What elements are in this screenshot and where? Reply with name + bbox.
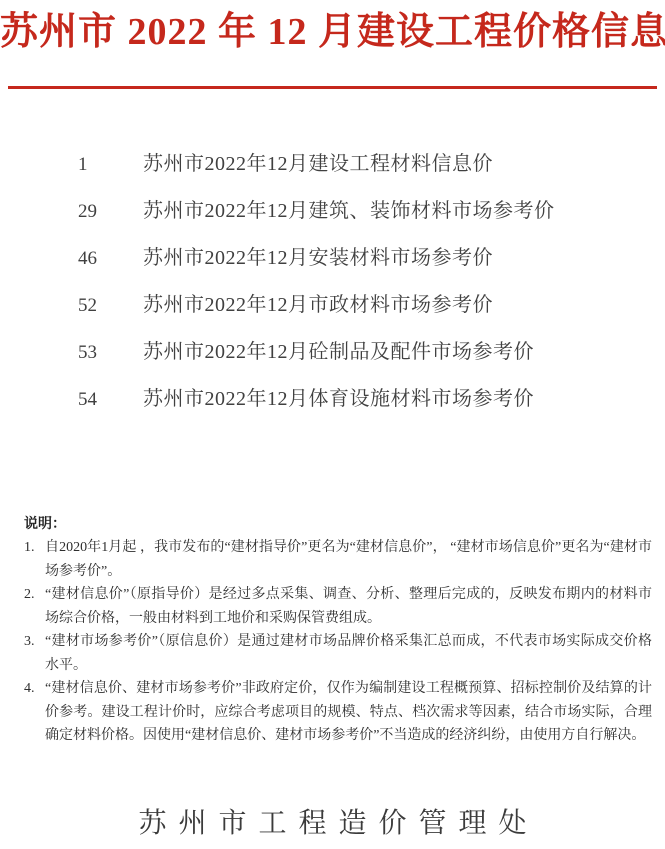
toc-entry-title: 苏州市2022年12月建筑、装饰材料市场参考价 (143, 200, 645, 223)
toc-entry: 46 苏州市2022年12月安装材料市场参考价 (78, 247, 645, 270)
toc-entry-title: 苏州市2022年12月建设工程材料信息价 (143, 153, 645, 176)
toc-entry: 29 苏州市2022年12月建筑、装饰材料市场参考价 (78, 200, 645, 223)
note-text: “建材信息价”（原指导价）是经过多点采集、调查、分析、整理后完成的，反映发布期内… (45, 583, 652, 630)
toc-entry: 1 苏州市2022年12月建设工程材料信息价 (78, 153, 645, 176)
toc-entry: 53 苏州市2022年12月砼制品及配件市场参考价 (78, 341, 645, 364)
toc-page-number: 54 (78, 388, 143, 411)
notes-heading: 说明： (24, 513, 652, 533)
toc-page-number: 52 (78, 294, 143, 317)
toc-page-number: 29 (78, 200, 143, 223)
notes-section: 说明： 1. 自2020年1月起 ，我市发布的“建材指导价”更名为“建材信息价”… (24, 513, 652, 748)
publisher-name: 苏州市工程造价管理处 (0, 801, 665, 841)
note-number: 4. (24, 677, 45, 748)
toc-page-number: 46 (78, 247, 143, 270)
toc-entry-title: 苏州市2022年12月体育设施材料市场参考价 (143, 388, 645, 411)
note-number: 2. (24, 583, 45, 630)
toc-entry-title: 苏州市2022年12月安装材料市场参考价 (143, 247, 645, 270)
toc-page-number: 53 (78, 341, 143, 364)
document-page: 苏州市 2022 年 12 月建设工程价格信息 1 苏州市2022年12月建设工… (0, 0, 665, 849)
note-item: 3. “建材市场参考价”（原信息价）是通过建材市场品牌价格采集汇总而成，不代表市… (24, 630, 652, 677)
toc-entry-title: 苏州市2022年12月砼制品及配件市场参考价 (143, 341, 645, 364)
title-divider-rule (8, 86, 657, 89)
note-number: 1. (24, 536, 45, 583)
note-item: 1. 自2020年1月起 ，我市发布的“建材指导价”更名为“建材信息价”， “建… (24, 536, 652, 583)
toc-entry: 54 苏州市2022年12月体育设施材料市场参考价 (78, 388, 645, 411)
toc-page-number: 1 (78, 153, 143, 176)
note-number: 3. (24, 630, 45, 677)
note-text: 自2020年1月起 ，我市发布的“建材指导价”更名为“建材信息价”， “建材市场… (45, 536, 652, 583)
toc-entry: 52 苏州市2022年12月市政材料市场参考价 (78, 294, 645, 317)
note-text: “建材市场参考价”（原信息价）是通过建材市场品牌价格采集汇总而成，不代表市场实际… (45, 630, 652, 677)
document-title: 苏州市 2022 年 12 月建设工程价格信息 (0, 9, 665, 57)
note-text: “建材信息价、建材市场参考价”非政府定价，仅作为编制建设工程概预算、招标控制价及… (45, 677, 652, 748)
note-item: 4. “建材信息价、建材市场参考价”非政府定价，仅作为编制建设工程概预算、招标控… (24, 677, 652, 748)
toc-entry-title: 苏州市2022年12月市政材料市场参考价 (143, 294, 645, 317)
note-item: 2. “建材信息价”（原指导价）是经过多点采集、调查、分析、整理后完成的，反映发… (24, 583, 652, 630)
table-of-contents: 1 苏州市2022年12月建设工程材料信息价 29 苏州市2022年12月建筑、… (78, 153, 645, 435)
